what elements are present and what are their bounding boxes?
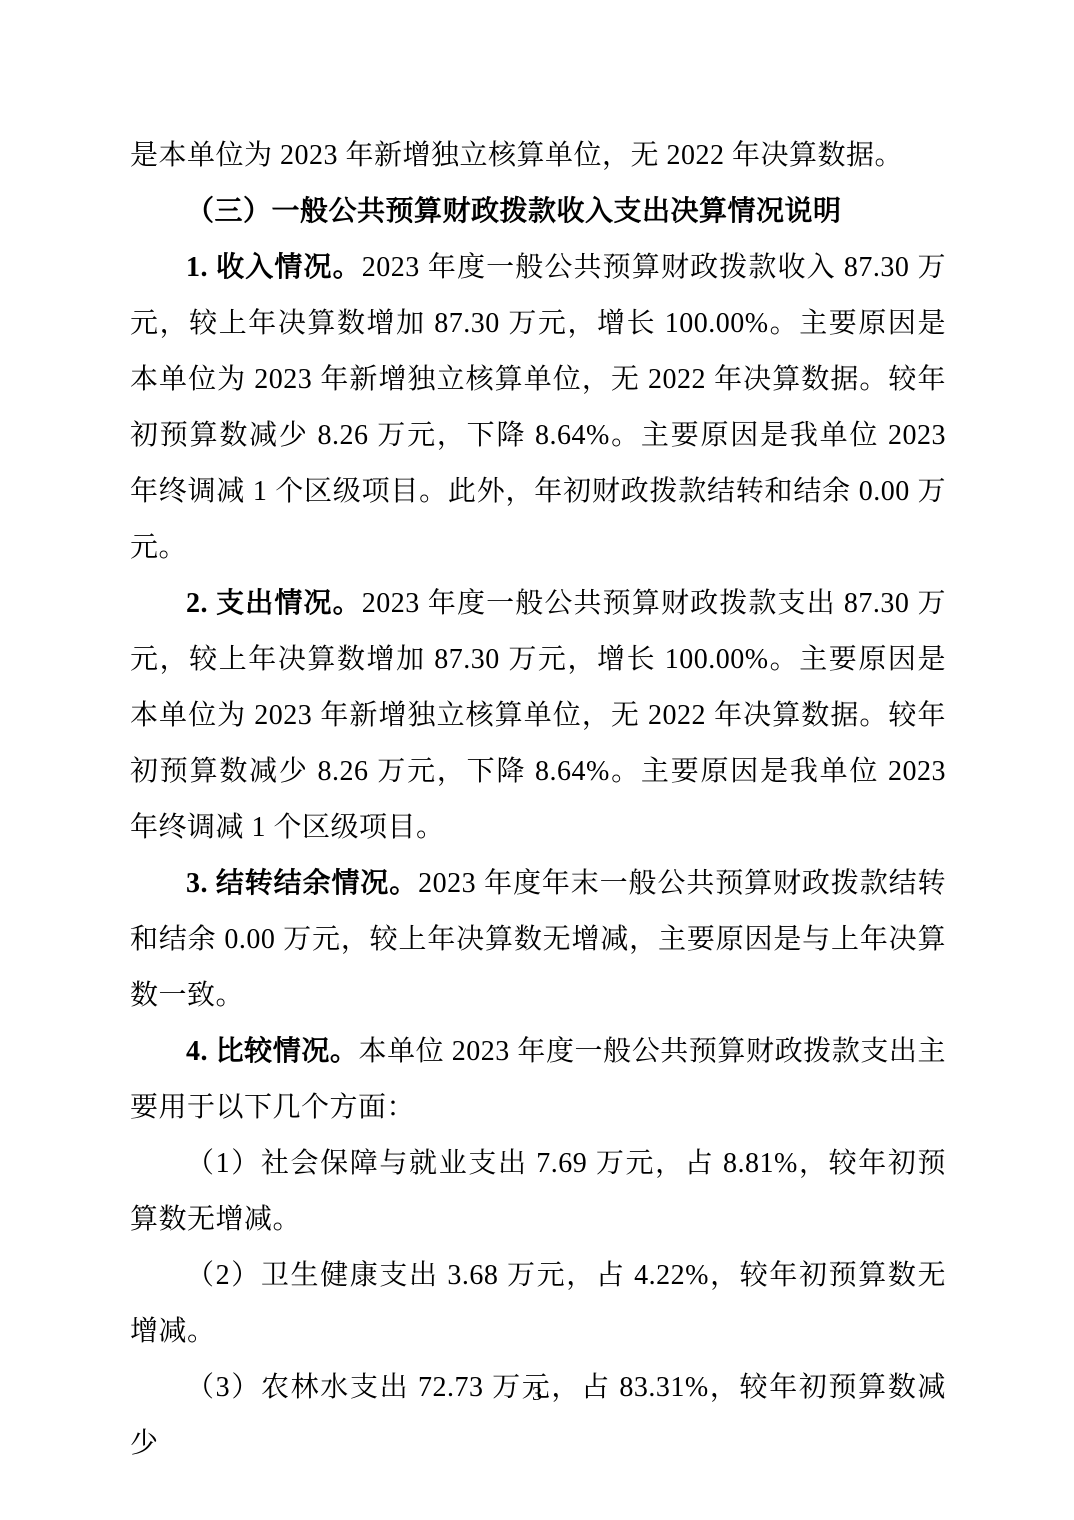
paragraph: 2. 支出情况。2023 年度一般公共预算财政拨款支出 87.30 万元，较上年… [130,576,946,856]
section-heading: （三）一般公共预算财政拨款收入支出决算情况说明 [130,184,946,240]
paragraph-text: 是本单位为 2023 年新增独立核算单位，无 2022 年决算数据。 [130,140,903,171]
paragraph: （1）社会保障与就业支出 7.69 万元，占 8.81%，较年初预算数无增减。 [130,1136,946,1248]
document-page: 是本单位为 2023 年新增独立核算单位，无 2022 年决算数据。（三）一般公… [0,0,1074,1520]
document-body: 是本单位为 2023 年新增独立核算单位，无 2022 年决算数据。（三）一般公… [130,128,946,1472]
paragraph: （3）农林水支出 72.73 万元，占 83.31%，较年初预算数减少 [130,1360,946,1472]
paragraph-lead-label: （三）一般公共预算财政拨款收入支出决算情况说明 [186,196,842,227]
paragraph-text: （1）社会保障与就业支出 7.69 万元，占 8.81%，较年初预算数无增减。 [130,1148,946,1235]
paragraph: （2）卫生健康支出 3.68 万元，占 4.22%，较年初预算数无增减。 [130,1248,946,1360]
paragraph-text: 2023 年度一般公共预算财政拨款收入 87.30 万元，较上年决算数增加 87… [130,252,946,563]
paragraph-lead-label: 3. 结转结余情况。 [186,868,418,899]
paragraph-lead-label: 2. 支出情况。 [186,588,362,619]
paragraph-lead-label: 1. 收入情况。 [186,252,362,283]
paragraph: 1. 收入情况。2023 年度一般公共预算财政拨款收入 87.30 万元，较上年… [130,240,946,576]
paragraph: 4. 比较情况。本单位 2023 年度一般公共预算财政拨款支出主要用于以下几个方… [130,1024,946,1136]
paragraph-text: 2023 年度一般公共预算财政拨款支出 87.30 万元，较上年决算数增加 87… [130,588,946,843]
paragraph-lead-label: 4. 比较情况。 [186,1036,358,1067]
paragraph: 3. 结转结余情况。2023 年度年末一般公共预算财政拨款结转和结余 0.00 … [130,856,946,1024]
paragraph: 是本单位为 2023 年新增独立核算单位，无 2022 年决算数据。 [130,128,946,184]
page-number: 3 [0,1380,1074,1408]
paragraph-text: （2）卫生健康支出 3.68 万元，占 4.22%，较年初预算数无增减。 [130,1260,946,1347]
